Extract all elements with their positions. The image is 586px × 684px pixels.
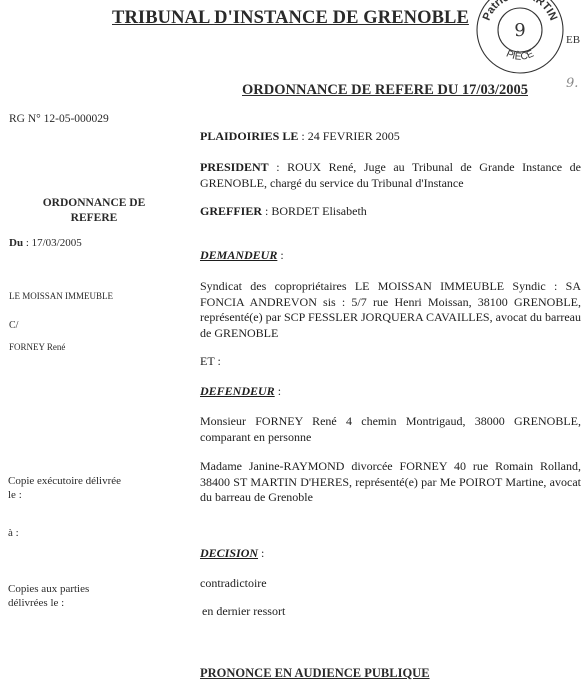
order-date: Du : 17/03/2005 <box>9 237 82 249</box>
defendant-short: FORNEY René <box>9 342 65 352</box>
defendeur-heading: DEFENDEUR : <box>200 384 281 399</box>
demandeur-text: Syndicat des copropriétaires LE MOISSAN … <box>200 279 581 341</box>
defendeur-2: Madame Janine-RAYMOND divorcée FORNEY 40… <box>200 459 581 506</box>
greffier-value: : BORDET Elisabeth <box>262 204 367 218</box>
defendeur-heading-text: DEFENDEUR <box>200 384 275 398</box>
order-label: ORDONNANCE DE REFERE <box>28 196 160 226</box>
stamp-icon: Patrick MARTIN PIÈCE 9 <box>474 0 566 76</box>
svg-text:PIÈCE: PIÈCE <box>504 48 536 62</box>
plaidoiries-value: : 24 FEVRIER 2005 <box>298 129 399 143</box>
order-title: ORDONNANCE DE REFERE DU 17/03/2005 <box>242 82 528 99</box>
et-label: ET : <box>200 354 581 370</box>
court-title: TRIBUNAL D'INSTANCE DE GRENOBLE <box>112 8 469 29</box>
stamp: Patrick MARTIN PIÈCE 9 <box>474 0 566 76</box>
recipient-label: à : <box>8 527 19 539</box>
demandeur-heading: DEMANDEUR : <box>200 248 284 263</box>
copies-parties-label: Copies aux parties délivrées le : <box>8 582 128 610</box>
plaintiff-short: LE MOISSAN IMMEUBLE <box>9 291 113 301</box>
versus-label: C/ <box>9 320 18 331</box>
svg-text:Patrick MARTIN: Patrick MARTIN <box>481 0 560 22</box>
prononce-heading: PRONONCE EN AUDIENCE PUBLIQUE <box>200 666 430 681</box>
plaidoiries-label: PLAIDOIRIES LE <box>200 129 298 143</box>
decision-ressort: en dernier ressort <box>202 604 583 620</box>
rg-number: RG N° 12-05-000029 <box>9 113 109 125</box>
president: PRESIDENT : ROUX René, Juge au Tribunal … <box>200 160 581 191</box>
handwritten-note: 9. <box>566 76 578 91</box>
stamp-bottom-text: PIÈCE <box>504 48 536 62</box>
greffier-label: GREFFIER <box>200 204 262 218</box>
stamp-top-text: Patrick MARTIN <box>481 0 560 22</box>
plaidoiries: PLAIDOIRIES LE : 24 FEVRIER 2005 <box>200 129 581 145</box>
president-label: PRESIDENT <box>200 160 269 174</box>
copie-executoire-label: Copie exécutoire délivrée le : <box>8 474 128 502</box>
greffier: GREFFIER : BORDET Elisabeth <box>200 204 581 220</box>
demandeur-heading-text: DEMANDEUR <box>200 248 277 262</box>
decision-contradictoire: contradictoire <box>200 576 581 592</box>
date-label: Du <box>9 237 23 249</box>
decision-heading-text: DECISION <box>200 546 258 560</box>
margin-initials: EB <box>566 34 580 46</box>
date-value: : 17/03/2005 <box>26 237 82 249</box>
defendeur-1: Monsieur FORNEY René 4 chemin Montrigaud… <box>200 414 581 445</box>
decision-heading: DECISION : <box>200 546 264 561</box>
stamp-center-mark: 9 <box>514 20 525 41</box>
